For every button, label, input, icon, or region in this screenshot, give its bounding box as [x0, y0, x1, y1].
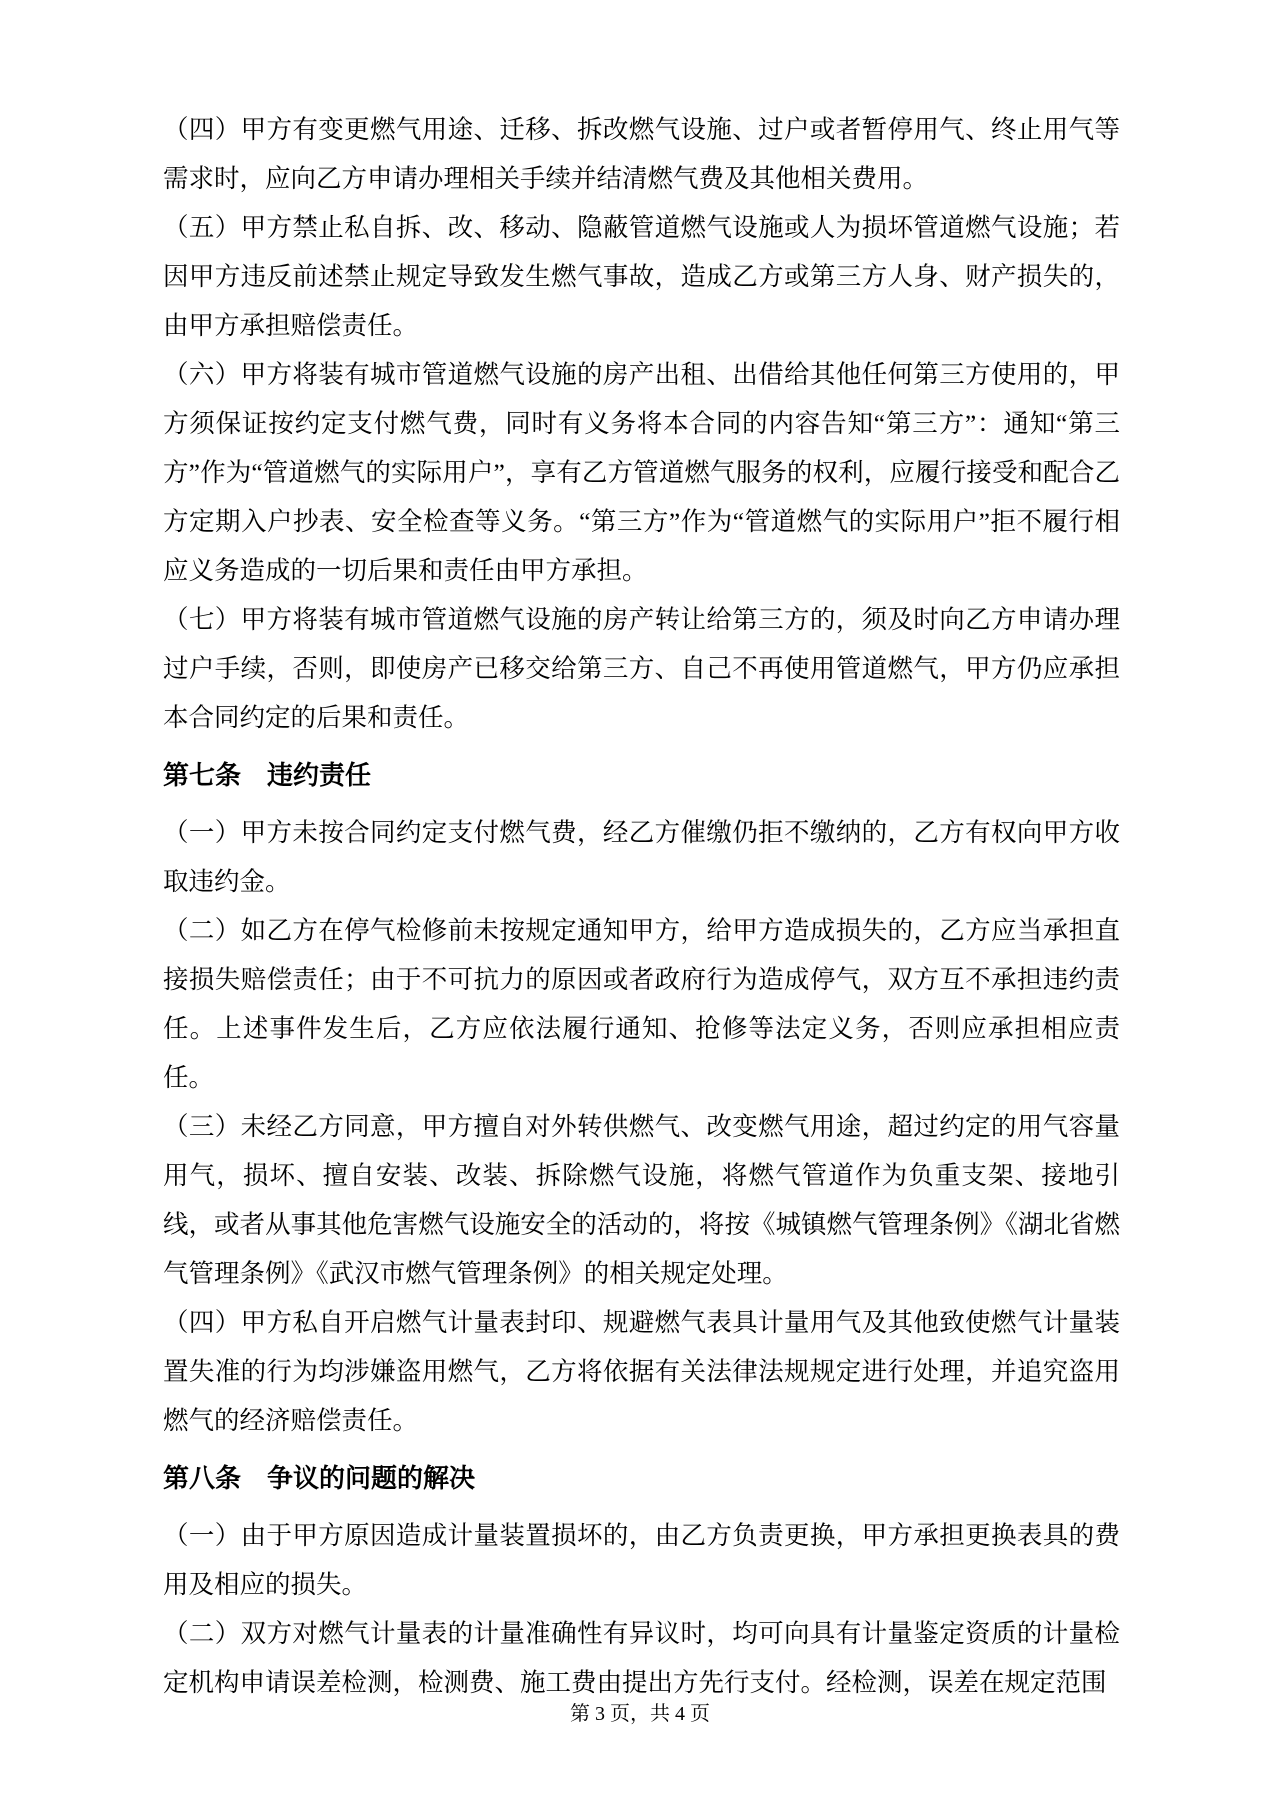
paragraph-article7-item-4: （四）甲方私自开启燃气计量表封印、规避燃气表具计量用气及其他致使燃气计量装置失准…	[163, 1298, 1120, 1445]
paragraph-article8-item-1: （一）由于甲方原因造成计量装置损坏的，由乙方负责更换，甲方承担更换表具的费用及相…	[163, 1511, 1120, 1609]
document-body: （四）甲方有变更燃气用途、迁移、拆改燃气设施、过户或者暂停用气、终止用气等需求时…	[163, 105, 1120, 1707]
paragraph-clause-5: （五）甲方禁止私自拆、改、移动、隐蔽管道燃气设施或人为损坏管道燃气设施；若因甲方…	[163, 203, 1120, 350]
heading-article-7-breach-liability: 第七条 违约责任	[163, 751, 1120, 800]
paragraph-article8-item-2: （二）双方对燃气计量表的计量准确性有异议时，均可向具有计量鉴定资质的计量检定机构…	[163, 1609, 1120, 1707]
page-number-footer: 第 3 页，共 4 页	[0, 1698, 1280, 1730]
contract-document-page: （四）甲方有变更燃气用途、迁移、拆改燃气设施、过户或者暂停用气、终止用气等需求时…	[0, 0, 1280, 1810]
paragraph-clause-7: （七）甲方将装有城市管道燃气设施的房产转让给第三方的，须及时向乙方申请办理过户手…	[163, 595, 1120, 742]
paragraph-clause-4: （四）甲方有变更燃气用途、迁移、拆改燃气设施、过户或者暂停用气、终止用气等需求时…	[163, 105, 1120, 203]
heading-article-8-dispute-resolution: 第八条 争议的问题的解决	[163, 1454, 1120, 1503]
paragraph-clause-6: （六）甲方将装有城市管道燃气设施的房产出租、出借给其他任何第三方使用的，甲方须保…	[163, 350, 1120, 595]
paragraph-article7-item-1: （一）甲方未按合同约定支付燃气费，经乙方催缴仍拒不缴纳的，乙方有权向甲方收取违约…	[163, 808, 1120, 906]
paragraph-article7-item-2: （二）如乙方在停气检修前未按规定通知甲方，给甲方造成损失的，乙方应当承担直接损失…	[163, 906, 1120, 1102]
paragraph-article7-item-3: （三）未经乙方同意，甲方擅自对外转供燃气、改变燃气用途，超过约定的用气容量用气，…	[163, 1102, 1120, 1298]
